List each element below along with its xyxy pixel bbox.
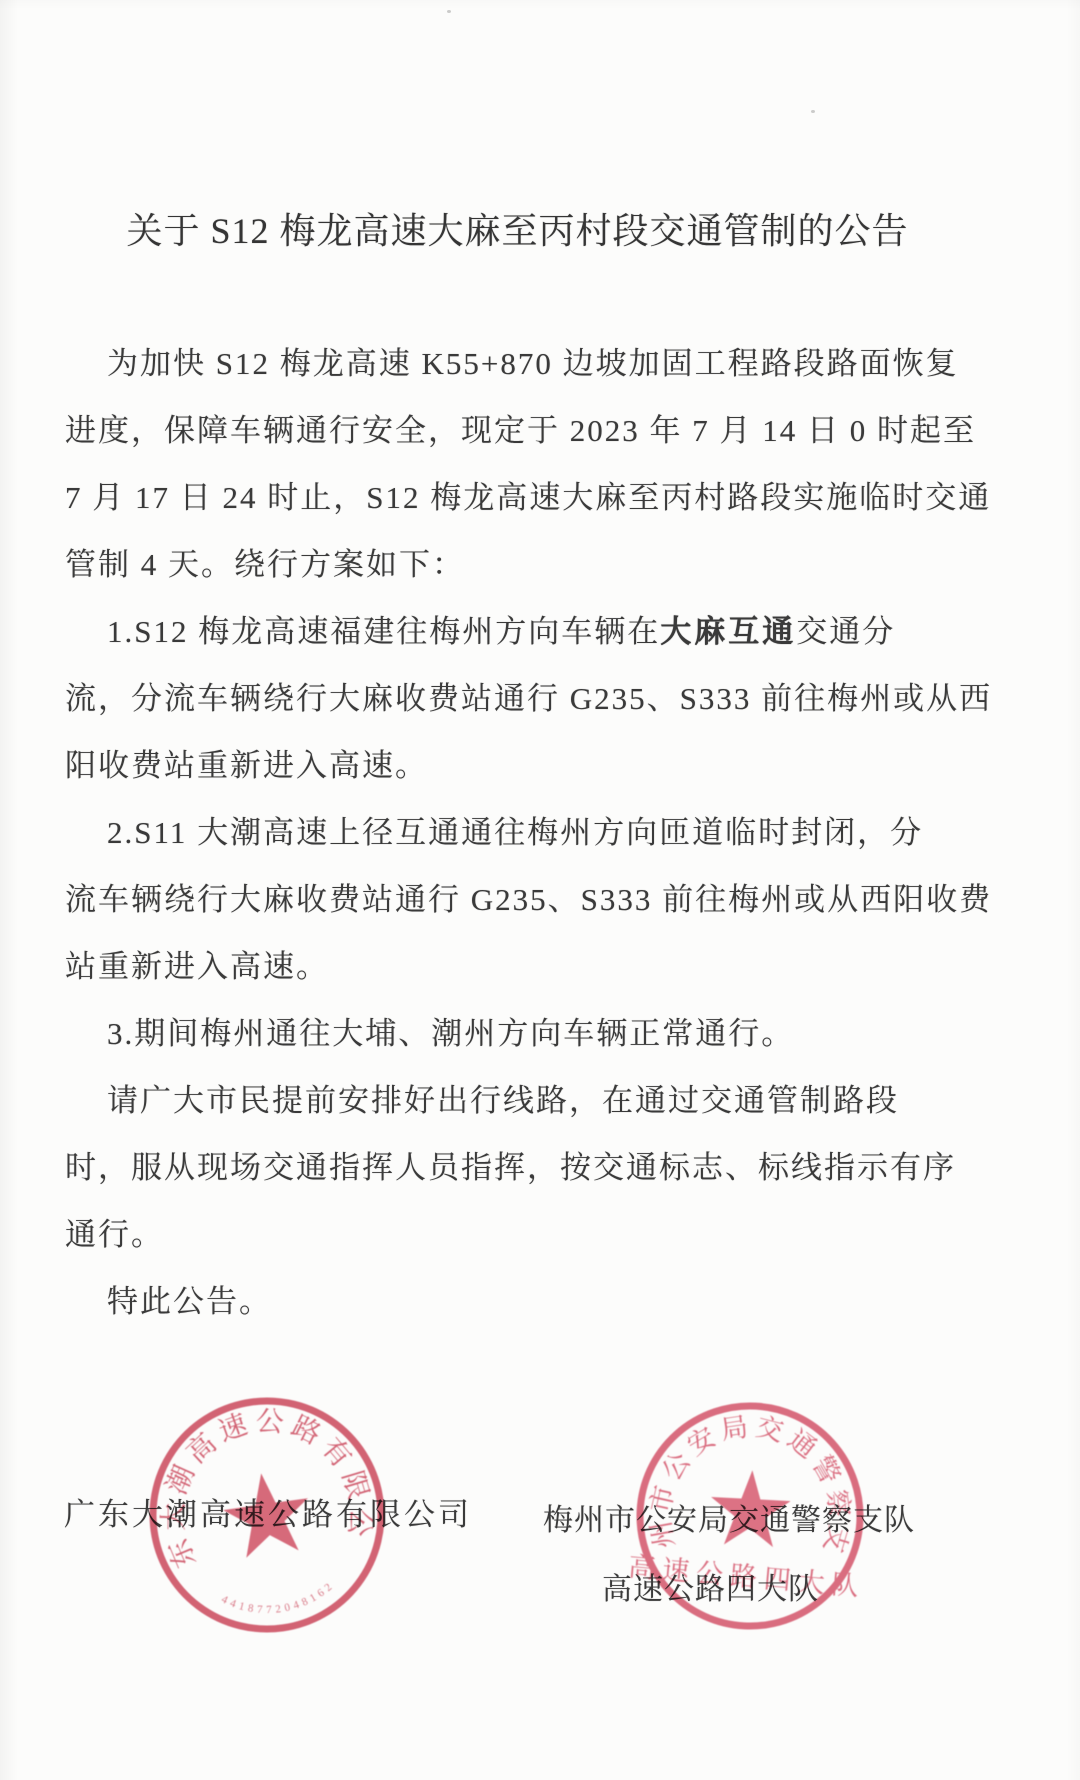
seal-inner-text: 高速公路四大队 <box>627 1552 867 1603</box>
body-line: 1.S12 梅龙高速福建往梅州方向车辆在大麻互通交通分 <box>65 598 1025 665</box>
body-line: 阳收费站重新进入高速。 <box>65 732 1025 799</box>
seal-arc-text: 梅州市公安局交通警察支队 <box>620 1386 863 1561</box>
body-line: 请广大市民提前安排好出行线路，在通过交通管制路段 <box>65 1067 1025 1134</box>
body-line-segment: 1.S12 梅龙高速福建往梅州方向车辆在 <box>107 614 660 649</box>
police-seal-group: 梅州市公安局交通警察支队 高速公路四大队 <box>620 1386 878 1632</box>
announcement-document: 关于 S12 梅龙高速大麻至丙村段交通管制的公告 为加快 S12 梅龙高速 K5… <box>0 0 1080 1780</box>
body-line: 流，分流车辆绕行大麻收费站通行 G235、S333 前往梅州或从西 <box>65 665 1025 732</box>
body-line: 特此公告。 <box>65 1268 1025 1335</box>
body-text: 为加快 S12 梅龙高速 K55+870 边坡加固工程路段路面恢复进度，保障车辆… <box>65 330 1025 1335</box>
body-line: 2.S11 大潮高速上径互通通往梅州方向匝道临时封闭，分 <box>65 799 1025 866</box>
body-line: 3.期间梅州通往大埔、潮州方向车辆正常通行。 <box>65 1000 1025 1067</box>
body-line: 为加快 S12 梅龙高速 K55+870 边坡加固工程路段路面恢复 <box>65 330 1025 397</box>
body-line-emphasis: 大麻互通 <box>660 614 796 649</box>
page-title: 关于 S12 梅龙高速大麻至丙村段交通管制的公告 <box>0 203 1035 254</box>
body-line: 时，服从现场交通指挥人员指挥，按交通标志、标线指示有序 <box>65 1134 1025 1201</box>
company-seal-stamp: 广东大潮高速公路有限公司 4418772048162 <box>142 1390 392 1640</box>
body-line: 站重新进入高速。 <box>65 933 1025 1000</box>
body-line: 7 月 17 日 24 时止，S12 梅龙高速大麻至丙村路段实施临时交通 <box>65 464 1025 531</box>
seal-star-icon <box>219 1467 315 1560</box>
body-line: 管制 4 天。绕行方案如下： <box>65 531 1025 598</box>
scan-speck <box>447 10 451 13</box>
body-line: 进度，保障车辆通行安全，现定于 2023 年 7 月 14 日 0 时起至 <box>65 397 1025 464</box>
police-seal-stamp: 梅州市公安局交通警察支队 高速公路四大队 <box>620 1386 880 1646</box>
body-line-segment: 交通分 <box>796 614 895 649</box>
body-line: 通行。 <box>65 1201 1025 1268</box>
seal-star-icon <box>709 1468 792 1548</box>
scan-speck <box>811 110 815 113</box>
body-line: 流车辆绕行大麻收费站通行 G235、S333 前往梅州或从西阳收费 <box>65 866 1025 933</box>
company-seal-group: 广东大潮高速公路有限公司 4418772048162 <box>142 1390 392 1640</box>
